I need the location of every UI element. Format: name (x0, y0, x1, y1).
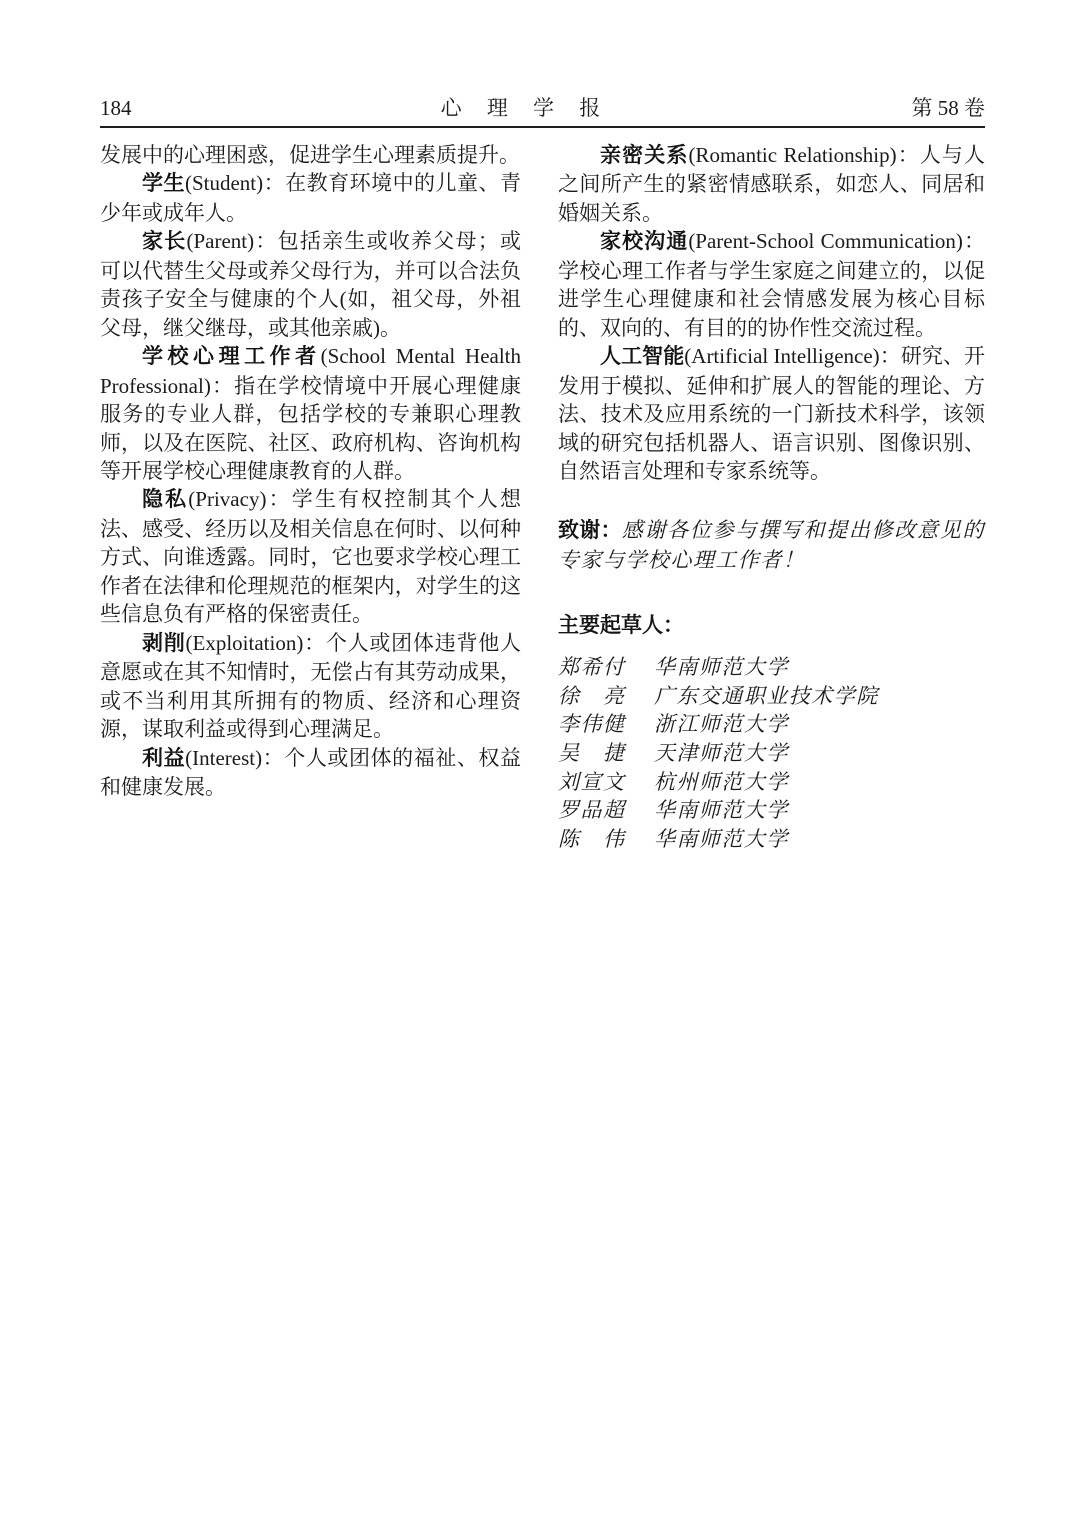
drafter-affiliation: 华南师范大学 (654, 655, 789, 679)
term-paragraph: 家长(Parent)：包括亲生或收养父母；或可以代替生父母或养父母行为，并可以合… (100, 227, 521, 342)
page-number: 184 (100, 96, 132, 120)
term-paragraph: 隐私(Privacy)：学生有权控制其个人想法、感受、经历以及相关信息在何时、以… (100, 485, 521, 628)
term-label: 学校心理工作者 (142, 345, 321, 368)
term-english-label: (Artificial Intelligence)： (684, 344, 901, 368)
content-columns: 发展中的心理困惑，促进学生心理素质提升。 学生(Student)：在教育环境中的… (100, 141, 985, 854)
drafter-name: 徐 亮 (558, 682, 654, 711)
term-definition: 学校心理工作者与学生家庭之间建立的，以促进学生心理健康和社会情感发展为核心目标的… (558, 259, 985, 340)
drafter-affiliation: 天津师范大学 (654, 741, 789, 765)
right-terms-list: 亲密关系(Romantic Relationship)：人与人之间所产生的紧密情… (558, 141, 985, 485)
drafter-name: 陈 伟 (558, 825, 654, 854)
drafter-affiliation: 华南师范大学 (654, 827, 789, 851)
term-english-label: (Interest)： (185, 746, 284, 770)
drafter-row: 郑希付华南师范大学 (558, 653, 985, 682)
term-paragraph: 利益(Interest)：个人或团体的福祉、权益和健康发展。 (100, 744, 521, 802)
term-english-label: (Exploitation)： (186, 631, 326, 655)
drafter-name: 吴 捷 (558, 739, 654, 768)
acknowledgement-text: 感谢各位参与撰写和提出修改意见的专家与学校心理工作者！ (558, 518, 985, 571)
term-english-label: (Parent)： (186, 229, 277, 253)
drafter-affiliation: 华南师范大学 (654, 798, 789, 822)
drafter-row: 刘宣文杭州师范大学 (558, 768, 985, 797)
drafter-name: 李伟健 (558, 710, 654, 739)
term-label: 家校沟通 (600, 230, 688, 253)
acknowledgement: 致谢：感谢各位参与撰写和提出修改意见的专家与学校心理工作者！ (558, 516, 985, 574)
right-column: 亲密关系(Romantic Relationship)：人与人之间所产生的紧密情… (558, 141, 985, 854)
drafters-list: 郑希付华南师范大学 徐 亮广东交通职业技术学院 李伟健浙江师范大学 吴 捷天津师… (558, 653, 985, 854)
drafter-row: 李伟健浙江师范大学 (558, 710, 985, 739)
term-english-label: (Privacy)： (188, 487, 291, 511)
term-label: 学生 (142, 172, 185, 195)
drafter-row: 徐 亮广东交通职业技术学院 (558, 682, 985, 711)
term-english-label: (Parent-School Communication)： (688, 229, 985, 253)
term-paragraph: 人工智能(Artificial Intelligence)：研究、开发用于模拟、… (558, 342, 985, 485)
term-label: 利益 (142, 747, 185, 770)
drafter-name: 郑希付 (558, 653, 654, 682)
term-label: 人工智能 (600, 345, 684, 368)
acknowledgement-label: 致谢： (558, 519, 622, 542)
term-label: 家长 (142, 230, 186, 253)
term-label: 隐私 (142, 488, 188, 511)
drafter-name: 罗品超 (558, 796, 654, 825)
term-english-label: (Romantic Relationship)： (688, 143, 919, 167)
drafter-row: 吴 捷天津师范大学 (558, 739, 985, 768)
term-paragraph: 家校沟通(Parent-School Communication)：学校心理工作… (558, 227, 985, 342)
term-paragraph: 学校心理工作者(School Mental Health Professiona… (100, 342, 521, 485)
drafter-affiliation: 浙江师范大学 (654, 712, 789, 736)
term-paragraph: 剥削(Exploitation)：个人或团体违背他人意愿或在其不知情时，无偿占有… (100, 629, 521, 744)
term-paragraph: 学生(Student)：在教育环境中的儿童、青少年或成年人。 (100, 169, 521, 227)
page-header: 184 心 理 学 报 第 58 卷 (100, 96, 985, 120)
term-english-label: (Student)： (185, 171, 285, 195)
drafter-name: 刘宣文 (558, 768, 654, 797)
term-paragraph: 亲密关系(Romantic Relationship)：人与人之间所产生的紧密情… (558, 141, 985, 227)
drafters-heading: 主要起草人： (558, 612, 985, 640)
header-rule (100, 126, 985, 128)
volume-label: 第 58 卷 (911, 96, 985, 120)
term-label: 亲密关系 (600, 144, 688, 167)
term-label: 剥削 (142, 632, 186, 655)
drafter-affiliation: 广东交通职业技术学院 (654, 684, 879, 708)
left-column: 发展中的心理困惑，促进学生心理素质提升。 学生(Student)：在教育环境中的… (100, 141, 521, 854)
journal-title: 心 理 学 报 (441, 96, 603, 120)
continuation-paragraph: 发展中的心理困惑，促进学生心理素质提升。 (100, 141, 521, 169)
drafter-affiliation: 杭州师范大学 (654, 770, 789, 794)
left-terms-list: 学生(Student)：在教育环境中的儿童、青少年或成年人。 家长(Parent… (100, 169, 521, 801)
drafter-row: 陈 伟华南师范大学 (558, 825, 985, 854)
journal-page: 184 心 理 学 报 第 58 卷 发展中的心理困惑，促进学生心理素质提升。 … (0, 0, 1080, 1528)
drafter-row: 罗品超华南师范大学 (558, 796, 985, 825)
